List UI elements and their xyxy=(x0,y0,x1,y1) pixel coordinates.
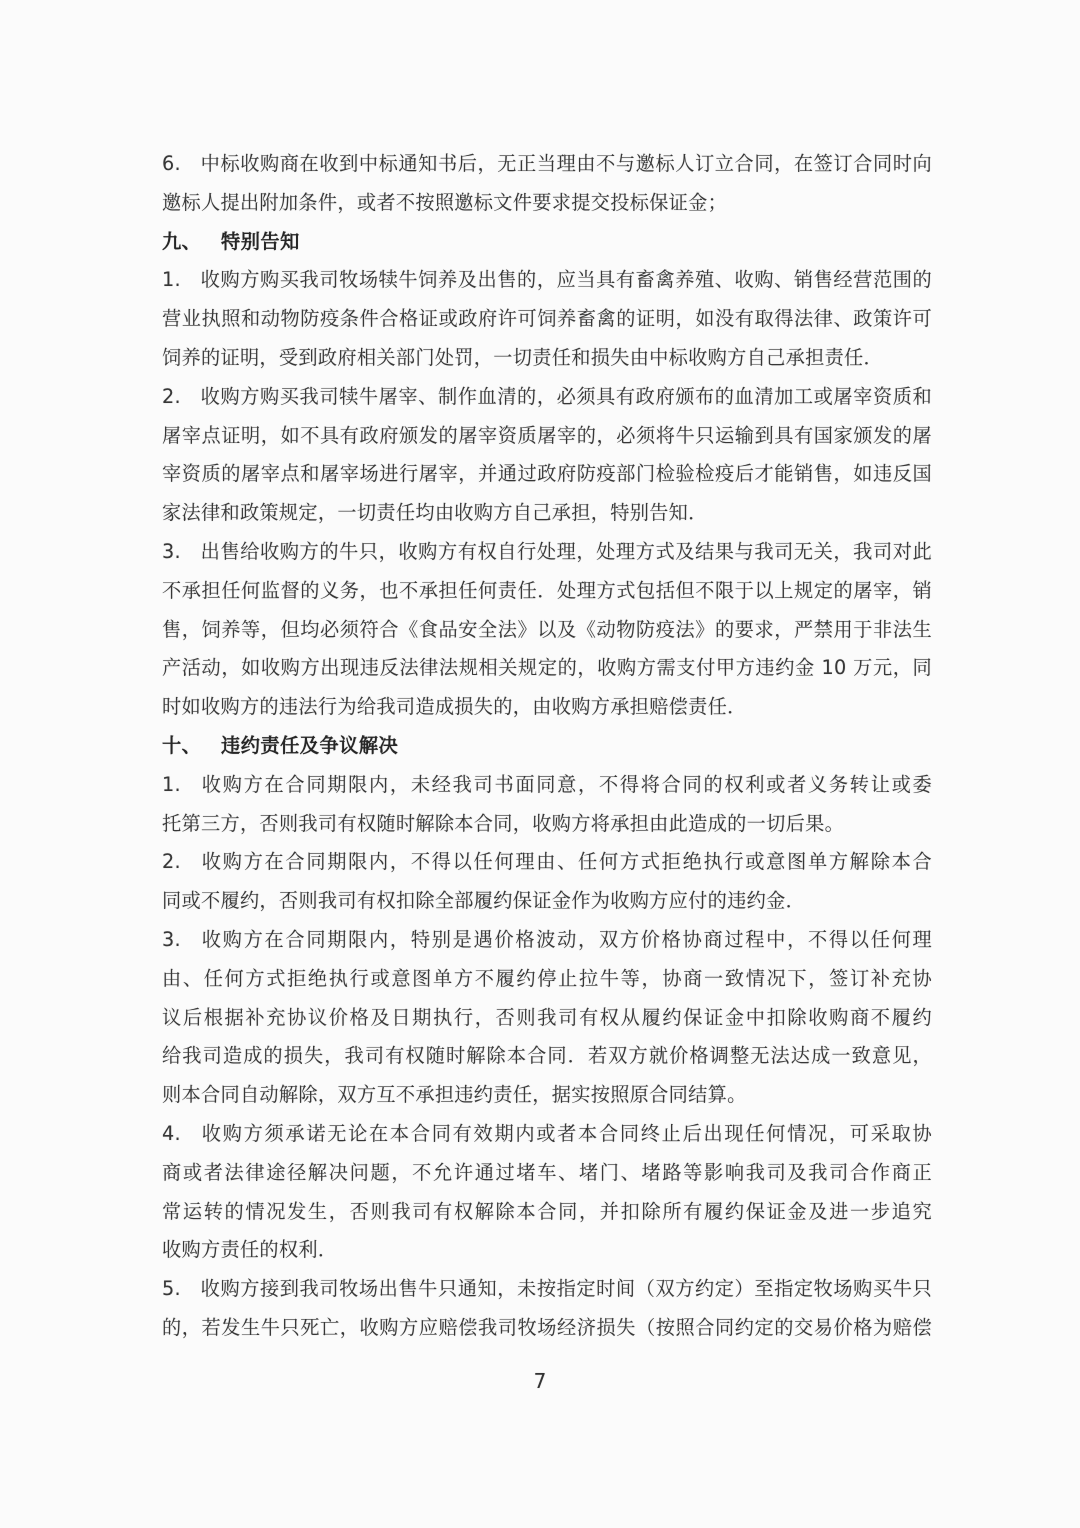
section-heading: 九、 特别告知 xyxy=(162,223,932,262)
text-line: 6. 中标收购商在收到中标通知书后，无正当理由不与邀标人订立合同，在签订合同时向 xyxy=(162,145,932,184)
text-line: 同或不履约，否则我司有权扣除全部履约保证金作为收购方应付的违约金． xyxy=(162,882,932,921)
text-line: 饲养的证明，受到政府相关部门处罚，一切责任和损失由中标收购方自己承担责任． xyxy=(162,339,932,378)
text-line: 则本合同自动解除，双方互不承担违约责任，据实按照原合同结算。 xyxy=(162,1076,932,1115)
text-line: 商或者法律途径解决问题，不允许通过堵车、堵门、堵路等影响我司及我司合作商正 xyxy=(162,1154,932,1193)
page-number: 7 xyxy=(0,1366,1080,1396)
text-line: 1. 收购方在合同期限内，未经我司书面同意，不得将合同的权利或者义务转让或委 xyxy=(162,766,932,805)
text-line: 宰资质的屠宰点和屠宰场进行屠宰，并通过政府防疫部门检验检疫后才能销售，如违反国 xyxy=(162,455,932,494)
text-line: 托第三方，否则我司有权随时解除本合同，收购方将承担由此造成的一切后果。 xyxy=(162,805,932,844)
text-line: 产活动，如收购方出现违反法律法规相关规定的，收购方需支付甲方违约金 10 万元，… xyxy=(162,649,932,688)
text-line: 3. 出售给收购方的牛只，收购方有权自行处理，处理方式及结果与我司无关，我司对此 xyxy=(162,533,932,572)
text-line: 营业执照和动物防疫条件合格证或政府许可饲养畜禽的证明，如没有取得法律、政策许可 xyxy=(162,300,932,339)
text-line: 2. 收购方在合同期限内，不得以任何理由、任何方式拒绝执行或意图单方解除本合 xyxy=(162,843,932,882)
text-line: 屠宰点证明，如不具有政府颁发的屠宰资质屠宰的，必须将牛只运输到具有国家颁发的屠 xyxy=(162,417,932,456)
text-line: 2. 收购方购买我司犊牛屠宰、制作血清的，必须具有政府颁布的血清加工或屠宰资质和 xyxy=(162,378,932,417)
contract-text-block: 6. 中标收购商在收到中标通知书后，无正当理由不与邀标人订立合同，在签订合同时向… xyxy=(162,145,932,1348)
text-line: 收购方责任的权利． xyxy=(162,1231,932,1270)
text-line: 时如收购方的违法行为给我司造成损失的，由收购方承担赔偿责任． xyxy=(162,688,932,727)
section-heading: 十、 违约责任及争议解决 xyxy=(162,727,932,766)
text-line: 售，饲养等，但均必须符合《食品安全法》以及《动物防疫法》的要求，严禁用于非法生 xyxy=(162,611,932,650)
text-line: 邀标人提出附加条件，或者不按照邀标文件要求提交投标保证金； xyxy=(162,184,932,223)
text-line: 3. 收购方在合同期限内，特别是遇价格波动，双方价格协商过程中，不得以任何理 xyxy=(162,921,932,960)
text-line: 给我司造成的损失，我司有权随时解除本合同．若双方就价格调整无法达成一致意见， xyxy=(162,1037,932,1076)
text-line: 不承担任何监督的义务，也不承担任何责任．处理方式包括但不限于以上规定的屠宰，销 xyxy=(162,572,932,611)
text-line: 5. 收购方接到我司牧场出售牛只通知，未按指定时间（双方约定）至指定牧场购买牛只 xyxy=(162,1270,932,1309)
text-line: 常运转的情况发生，否则我司有权解除本合同，并扣除所有履约保证金及进一步追究 xyxy=(162,1193,932,1232)
text-line: 议后根据补充协议价格及日期执行，否则我司有权从履约保证金中扣除收购商不履约 xyxy=(162,999,932,1038)
text-line: 的，若发生牛只死亡，收购方应赔偿我司牧场经济损失（按照合同约定的交易价格为赔偿 xyxy=(162,1309,932,1348)
document-page: 6. 中标收购商在收到中标通知书后，无正当理由不与邀标人订立合同，在签订合同时向… xyxy=(0,0,1080,1528)
text-line: 4. 收购方须承诺无论在本合同有效期内或者本合同终止后出现任何情况，可采取协 xyxy=(162,1115,932,1154)
text-line: 由、任何方式拒绝执行或意图单方不履约停止拉牛等，协商一致情况下，签订补充协 xyxy=(162,960,932,999)
text-line: 家法律和政策规定，一切责任均由收购方自己承担，特别告知． xyxy=(162,494,932,533)
text-line: 1. 收购方购买我司牧场犊牛饲养及出售的，应当具有畜禽养殖、收购、销售经营范围的 xyxy=(162,261,932,300)
